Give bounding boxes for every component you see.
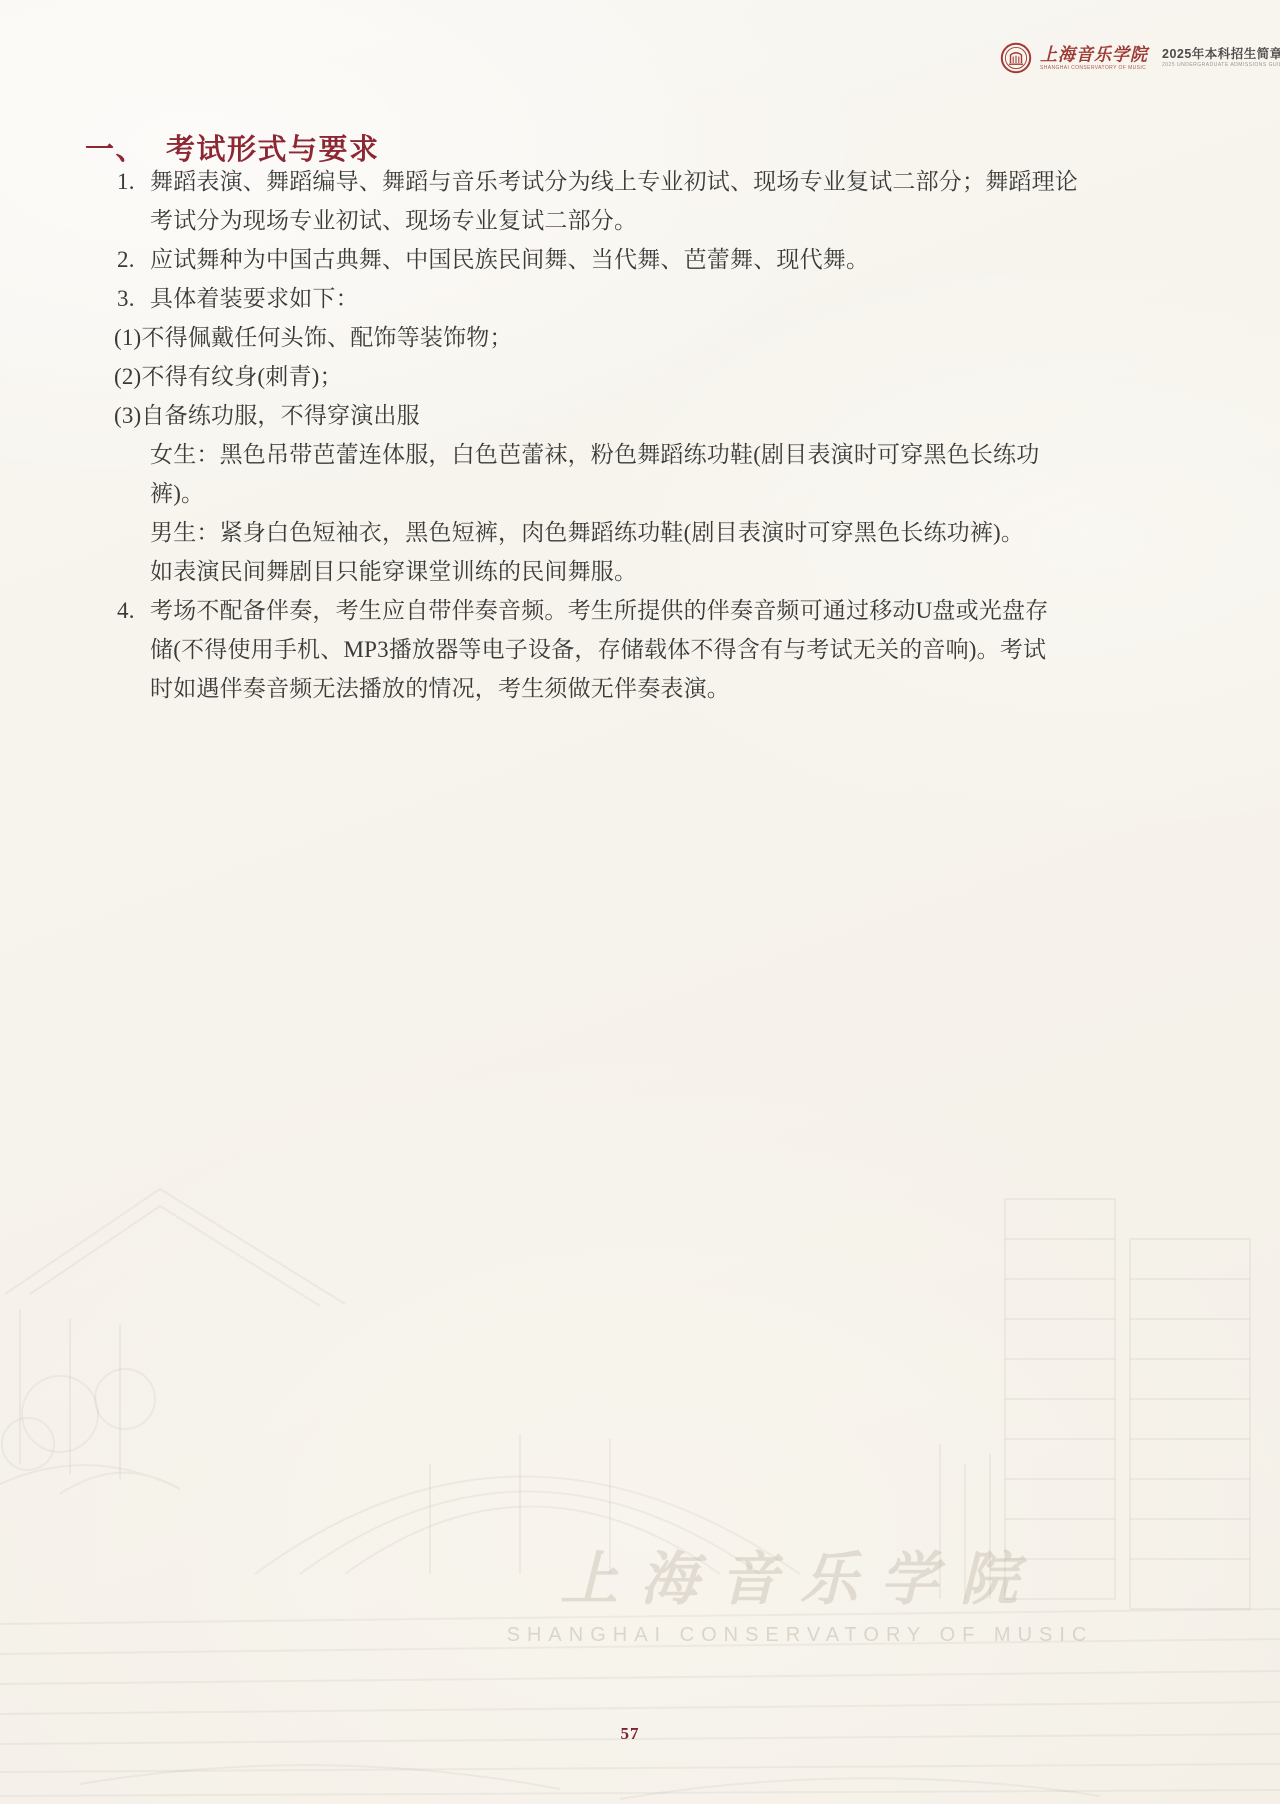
text-line: 考试分为现场专业初试、现场专业复试二部分。 <box>0 201 1280 240</box>
logo-english-label: SHANGHAI CONSERVATORY OF MUSIC <box>1040 66 1148 71</box>
text-line: 裤)。 <box>0 474 1280 513</box>
line-text: 具体着装要求如下： <box>150 286 359 311</box>
line-text: 应试舞种为中国古典舞、中国民族民间舞、当代舞、芭蕾舞、现代舞。 <box>150 247 869 272</box>
text-line: 女生：黑色吊带芭蕾连体服，白色芭蕾袜，粉色舞蹈练功鞋(剧目表演时可穿黑色长练功 <box>0 435 1280 474</box>
logo-calligraphy: 上海音乐学院 <box>1040 45 1148 63</box>
watermark-illustration: 上海音乐学院 SHANGHAI CONSERVATORY OF MUSIC <box>0 1144 1280 1804</box>
text-line: 2.应试舞种为中国古典舞、中国民族民间舞、当代舞、芭蕾舞、现代舞。 <box>0 240 1280 279</box>
text-line: (2)不得有纹身(刺青)； <box>0 357 1280 396</box>
brochure-title-block: 2025年本科招生简章 2025 UNDERGRADUATE ADMISSION… <box>1162 48 1280 69</box>
line-text: (2)不得有纹身(刺青)； <box>114 364 343 389</box>
watermark-english: SHANGHAI CONSERVATORY OF MUSIC <box>507 1624 1094 1646</box>
line-text: (1)不得佩戴任何头饰、配饰等装饰物； <box>114 325 513 350</box>
page-header: 上海音乐学院 SHANGHAI CONSERVATORY OF MUSIC 20… <box>1000 42 1280 74</box>
brochure-title: 2025年本科招生简章 <box>1162 48 1280 61</box>
line-text: 女生：黑色吊带芭蕾连体服，白色芭蕾袜，粉色舞蹈练功鞋(剧目表演时可穿黑色长练功 <box>150 442 1039 467</box>
list-marker: 3. <box>117 279 150 318</box>
document-page: 上海音乐学院 SHANGHAI CONSERVATORY OF MUSIC 上海… <box>0 0 1280 1804</box>
logo-text-block: 上海音乐学院 SHANGHAI CONSERVATORY OF MUSIC <box>1040 46 1148 71</box>
line-text: 考试分为现场专业初试、现场专业复试二部分。 <box>150 208 637 233</box>
brochure-subtitle: 2025 UNDERGRADUATE ADMISSIONS GUIDE <box>1162 63 1280 68</box>
text-line: 储(不得使用手机、MP3播放器等电子设备，存储载体不得含有与考试无关的音响)。考… <box>0 630 1280 669</box>
text-line: 男生：紧身白色短袖衣，黑色短裤，肉色舞蹈练功鞋(剧目表演时可穿黑色长练功裤)。 <box>0 513 1280 552</box>
line-text: 如表演民间舞剧目只能穿课堂训练的民间舞服。 <box>150 559 637 584</box>
line-text: 考场不配备伴奏，考生应自带伴奏音频。考生所提供的伴奏音频可通过移动U盘或光盘存 <box>150 598 1048 623</box>
text-line: 4.考场不配备伴奏，考生应自带伴奏音频。考生所提供的伴奏音频可通过移动U盘或光盘… <box>0 591 1280 630</box>
list-marker: 1. <box>117 162 150 201</box>
list-marker: 4. <box>117 591 150 630</box>
text-line: 3.具体着装要求如下： <box>0 279 1280 318</box>
line-text: (3)自备练功服，不得穿演出服 <box>114 403 420 428</box>
line-text: 时如遇伴奏音频无法播放的情况，考生须做无伴奏表演。 <box>150 676 730 701</box>
line-text: 男生：紧身白色短袖衣，黑色短裤，肉色舞蹈练功鞋(剧目表演时可穿黑色长练功裤)。 <box>150 520 1024 545</box>
line-text: 舞蹈表演、舞蹈编导、舞蹈与音乐考试分为线上专业初试、现场专业复试二部分；舞蹈理论 <box>150 169 1078 194</box>
list-marker: 2. <box>117 240 150 279</box>
text-line: 如表演民间舞剧目只能穿课堂训练的民间舞服。 <box>0 552 1280 591</box>
text-line: (1)不得佩戴任何头饰、配饰等装饰物； <box>0 318 1280 357</box>
text-line: (3)自备练功服，不得穿演出服 <box>0 396 1280 435</box>
conservatory-seal-icon <box>1000 42 1032 74</box>
line-text: 裤)。 <box>150 481 204 506</box>
text-line: 时如遇伴奏音频无法播放的情况，考生须做无伴奏表演。 <box>0 669 1280 708</box>
text-line: 1.舞蹈表演、舞蹈编导、舞蹈与音乐考试分为线上专业初试、现场专业复试二部分；舞蹈… <box>0 162 1280 201</box>
page-number: 57 <box>0 1724 1260 1744</box>
watermark-calligraphy: 上海音乐学院 <box>560 1547 1040 1612</box>
line-text: 储(不得使用手机、MP3播放器等电子设备，存储载体不得含有与考试无关的音响)。考… <box>150 637 1046 662</box>
body-text: 1.舞蹈表演、舞蹈编导、舞蹈与音乐考试分为线上专业初试、现场专业复试二部分；舞蹈… <box>0 162 1280 708</box>
